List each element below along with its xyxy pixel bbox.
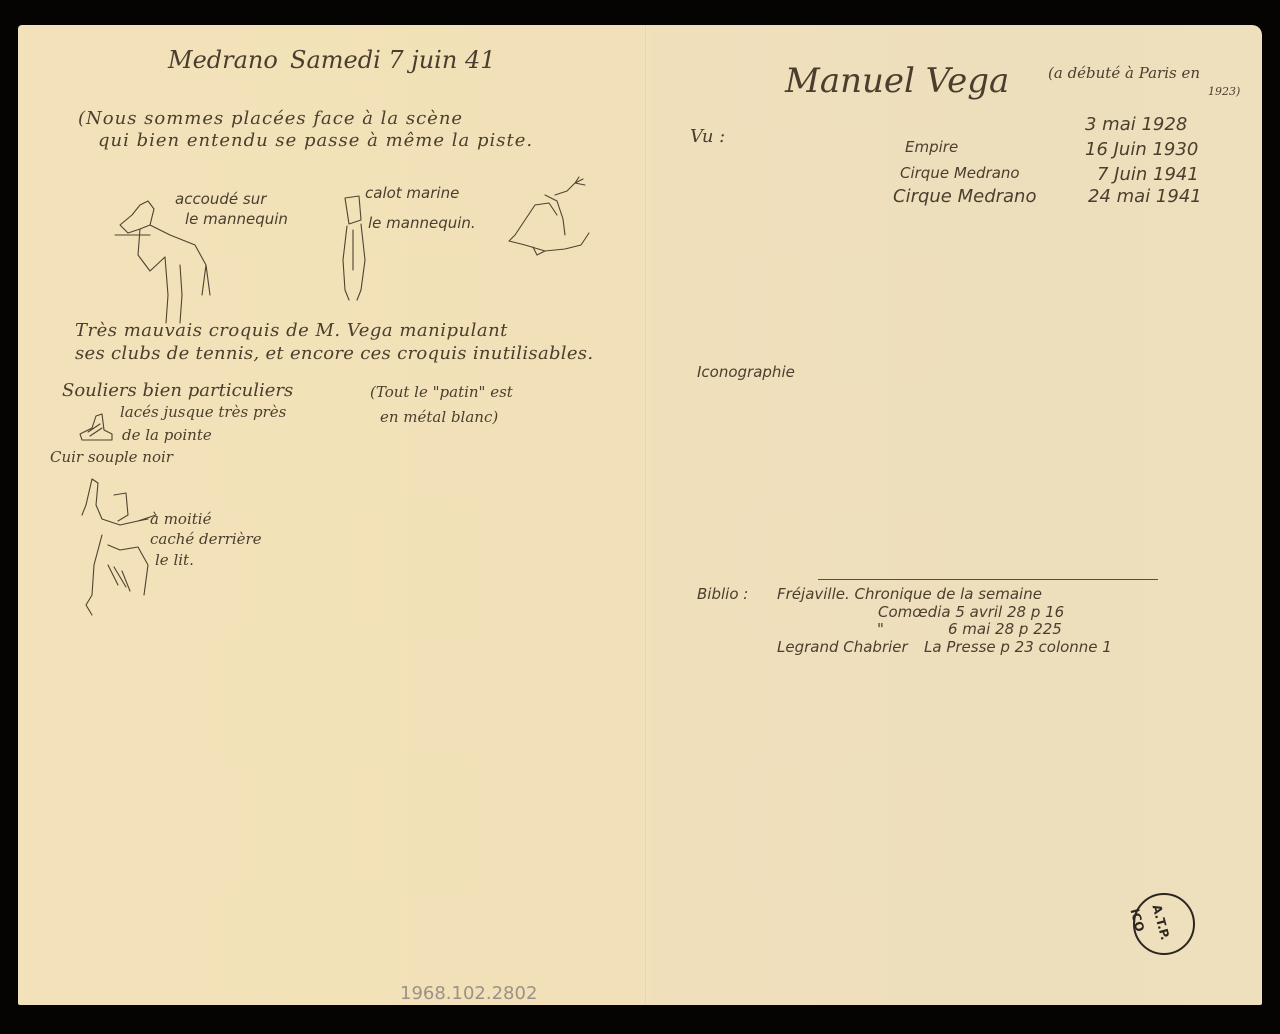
- figure-caption-3: le lit.: [155, 553, 194, 568]
- biblio-ditto: ": [877, 622, 884, 637]
- aside-line-1: (Tout le "patin" est: [370, 385, 513, 400]
- figure-caption-2: caché derrière: [150, 532, 262, 547]
- sketch-standing-figure-icon: [335, 190, 375, 305]
- aside-line-2: en métal blanc): [380, 410, 498, 425]
- collection-stamp: A.T.P. ICO: [1133, 893, 1195, 955]
- stamp-text-top: A.T.P.: [1149, 903, 1172, 942]
- seen-date-1: 16 Juin 1930: [1085, 141, 1198, 159]
- biblio-label: Biblio :: [697, 587, 748, 602]
- biblio-rule: [818, 579, 1158, 580]
- sketch-1-caption-2: le mannequin: [185, 212, 288, 227]
- note-line-1: Très mauvais croquis de M. Vega manipula…: [75, 322, 508, 340]
- seen-venue-2: Cirque Medrano: [900, 166, 1020, 181]
- biblio-line-2: Comœdia 5 avril 28 p 16: [878, 605, 1064, 620]
- sketch-2-caption-1: calot marine: [365, 186, 459, 201]
- title-note-line-2: 1923): [1208, 86, 1240, 97]
- shoes-line-2: lacés jusque très près: [120, 405, 286, 420]
- intro-line-1: (Nous sommes placées face à la scène: [78, 110, 463, 128]
- seen-date-3: 24 mai 1941: [1088, 188, 1202, 206]
- biblio-line-3: 6 mai 28 p 225: [948, 622, 1062, 637]
- biblio-author: Legrand Chabrier: [777, 640, 908, 655]
- inventory-number: 1968.102.2802: [400, 985, 537, 1003]
- biblio-line-4: La Presse p 23 colonne 1: [924, 640, 1112, 655]
- seen-date-2: 7 Juin 1941: [1097, 166, 1199, 184]
- iconography-label: Iconographie: [697, 365, 795, 380]
- shoes-line-1: Souliers bien particuliers: [62, 382, 293, 400]
- page-fold: [645, 25, 647, 1005]
- seen-venue-1: Empire: [905, 140, 958, 155]
- shoes-line-3: de la pointe: [122, 428, 212, 443]
- intro-line-2: qui bien entendu se passe à même la pist…: [98, 132, 533, 150]
- seen-venue-3: Cirque Medrano: [893, 188, 1036, 206]
- header-place: Medrano: [168, 48, 278, 72]
- seen-date-0: 3 mai 1928: [1085, 116, 1187, 134]
- title-note-line-1: (a débuté à Paris en: [1048, 66, 1200, 81]
- page-title: Manuel Vega: [785, 64, 1009, 98]
- note-line-2: ses clubs de tennis, et encore ces croqu…: [75, 345, 593, 363]
- sketch-1-caption-1: accoudé sur: [175, 192, 266, 207]
- sketch-2-caption-2: le mannequin.: [368, 216, 476, 231]
- biblio-line-1: Fréjaville. Chronique de la semaine: [777, 587, 1042, 602]
- figure-caption-1: à moitié: [150, 512, 211, 527]
- shoes-line-4: Cuir souple noir: [50, 450, 173, 465]
- header-date: Samedi 7 juin 41: [290, 48, 495, 72]
- shoe-sketch-icon: [78, 412, 118, 444]
- seen-label: Vu :: [690, 128, 725, 146]
- sketch-crouching-figure-icon: [505, 175, 600, 260]
